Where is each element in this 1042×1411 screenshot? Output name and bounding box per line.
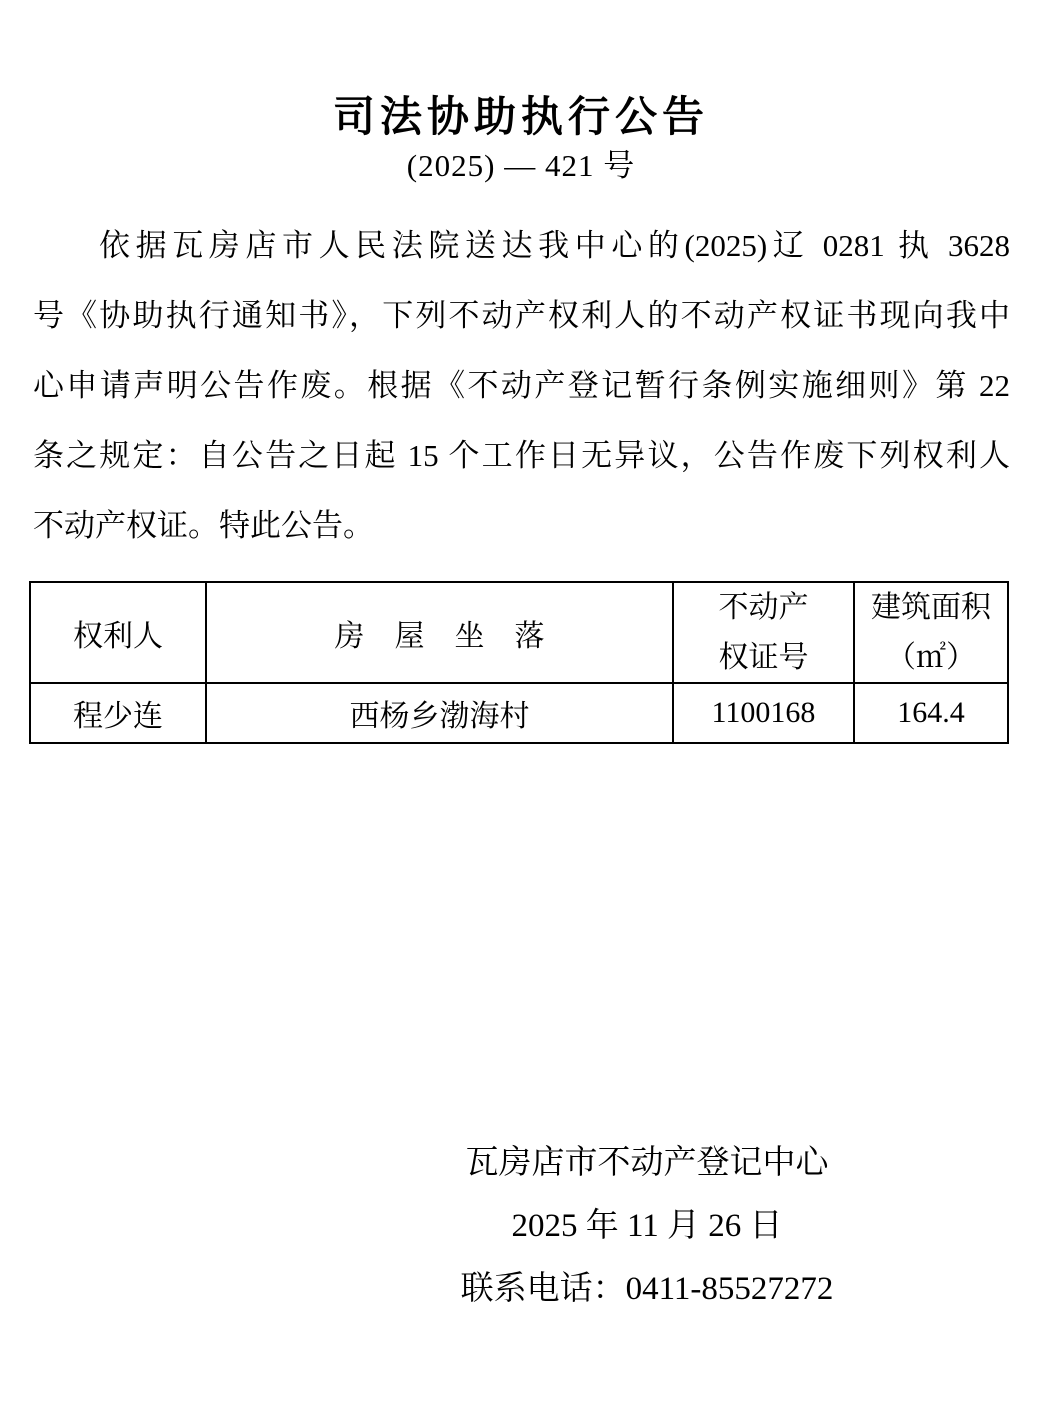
col-header-rights-holder: 权利人 — [30, 582, 206, 683]
footer: 瓦房店市不动产登记中心 2025 年 11 月 26 日 联系电话：0411-8… — [252, 1132, 1042, 1321]
property-table: 权利人 房 屋 坐 落 不动产 权证号 建筑面积 （㎡） 程少连 西杨乡渤海村 … — [29, 581, 1009, 744]
announcement-body: 依据瓦房店市人民法院送达我中心的(2025)辽 0281 执 3628 号《协助… — [33, 211, 1010, 561]
issuer-name: 瓦房店市不动产登记中心 — [252, 1132, 1042, 1195]
body-line-4: 条之规定：自公告之日起 15 个工作日无异议，公告作废下列权利人 — [33, 421, 1010, 491]
issue-date: 2025 年 11 月 26 日 — [252, 1195, 1042, 1258]
body-line-1: 依据瓦房店市人民法院送达我中心的(2025)辽 0281 执 3628 — [33, 211, 1010, 281]
table-header-row: 权利人 房 屋 坐 落 不动产 权证号 建筑面积 （㎡） — [30, 582, 1008, 683]
cell-building-area: 164.4 — [854, 683, 1008, 743]
col-header-house-location: 房 屋 坐 落 — [206, 582, 673, 683]
col-header-building-area: 建筑面积 （㎡） — [854, 582, 1008, 683]
announcement-page: 司法协助执行公告 (2025) — 421 号 依据瓦房店市人民法院送达我中心的… — [0, 0, 1042, 1411]
cell-house-location: 西杨乡渤海村 — [206, 683, 673, 743]
contact-phone: 联系电话：0411-85527272 — [252, 1258, 1042, 1321]
page-title: 司法协助执行公告 — [0, 92, 1042, 142]
table-row: 程少连 西杨乡渤海村 1100168 164.4 — [30, 683, 1008, 743]
body-line-3: 心申请声明公告作废。根据《不动产登记暂行条例实施细则》第 22 — [33, 351, 1010, 421]
body-line-5: 不动产权证。特此公告。 — [33, 491, 1010, 561]
document-number: (2025) — 421 号 — [0, 146, 1042, 186]
cell-rights-holder: 程少连 — [30, 683, 206, 743]
body-line-2: 号《协助执行通知书》，下列不动产权利人的不动产权证书现向我中 — [33, 281, 1010, 351]
cell-certificate-number: 1100168 — [673, 683, 854, 743]
col-header-certificate-number: 不动产 权证号 — [673, 582, 854, 683]
